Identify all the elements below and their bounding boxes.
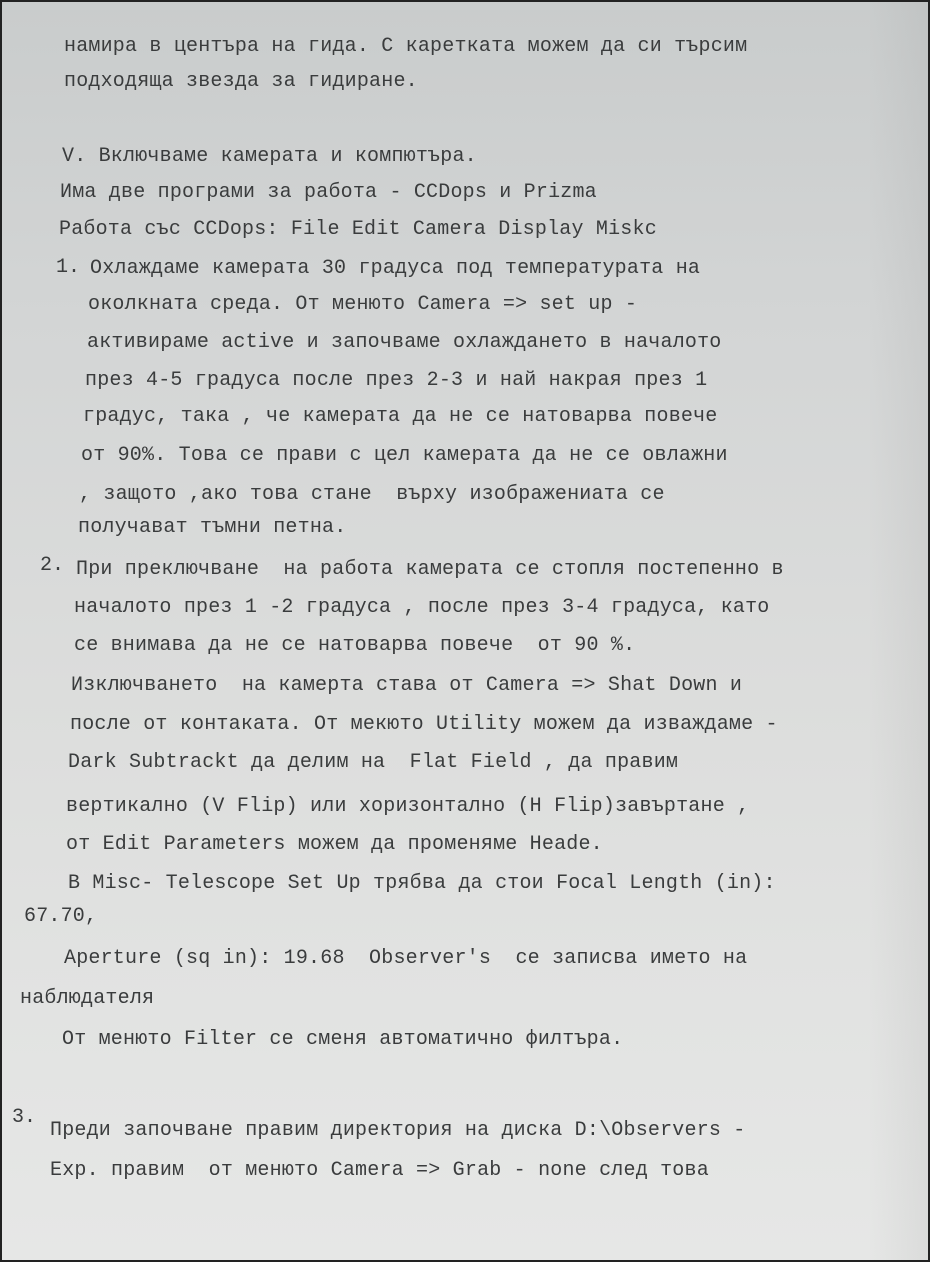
list-item-line: Охлаждаме камерата 30 градуса под темпер… xyxy=(90,257,700,281)
list-item-line: градус, така , че камерата да не се нато… xyxy=(83,405,718,429)
text-line: Работа със CCDops: File Edit Camera Disp… xyxy=(59,218,657,242)
list-item-line: При преключване на работа камерата се ст… xyxy=(76,558,784,582)
list-item-line: От менюто Filter се сменя автоматично фи… xyxy=(62,1028,623,1052)
list-item-line: Преди започване правим директория на дис… xyxy=(50,1119,746,1143)
list-item-line: вертикално (V Flip) или хоризонтално (H … xyxy=(66,795,749,819)
list-item-line: околкната среда. От менюто Camera => set… xyxy=(88,293,637,317)
list-item-line: началото през 1 -2 градуса , после през … xyxy=(74,596,770,620)
text-line: намира в центъра на гида. С каретката мо… xyxy=(64,35,747,59)
text-line: подходяща звезда за гидиране. xyxy=(64,70,418,94)
section-heading: V. Включваме камерата и компютъра. xyxy=(62,145,477,169)
list-number: 3. xyxy=(12,1106,36,1130)
list-item-line: Exp. правим от менюто Camera => Grab - n… xyxy=(50,1159,709,1183)
list-item-line: Изключването на камерта става от Camera … xyxy=(71,674,742,698)
list-item-line: В Misc- Telescope Set Up трябва да стои … xyxy=(68,872,776,896)
list-item-line: 67.70, xyxy=(24,905,97,929)
list-item-line: наблюдателя xyxy=(20,987,154,1011)
text-line: Има две програми за работа - CCDops и Pr… xyxy=(60,181,597,205)
page-shading xyxy=(868,2,928,1260)
list-item-line: получават тъмни петна. xyxy=(78,516,346,540)
list-number: 1. xyxy=(56,256,80,280)
list-item-line: после от контаката. От мекюто Utility мо… xyxy=(70,713,778,737)
document-page: намира в центъра на гида. С каретката мо… xyxy=(0,0,930,1262)
list-number: 2. xyxy=(40,554,64,578)
list-item-line: Aperture (sq in): 19.68 Observer's се за… xyxy=(64,947,747,971)
list-item-line: от 90%. Това се прави с цел камерата да … xyxy=(81,444,728,468)
list-item-line: от Edit Parameters можем да променяме He… xyxy=(66,833,603,857)
list-item-line: Dark Subtrackt да делим на Flat Field , … xyxy=(68,751,678,775)
list-item-line: през 4-5 градуса после през 2-3 и най на… xyxy=(85,369,707,393)
list-item-line: , защото ,ако това стане върху изображен… xyxy=(79,483,665,507)
list-item-line: се внимава да не се натоварва повече от … xyxy=(74,634,635,658)
list-item-line: активираме active и започваме охлажданет… xyxy=(87,331,722,355)
